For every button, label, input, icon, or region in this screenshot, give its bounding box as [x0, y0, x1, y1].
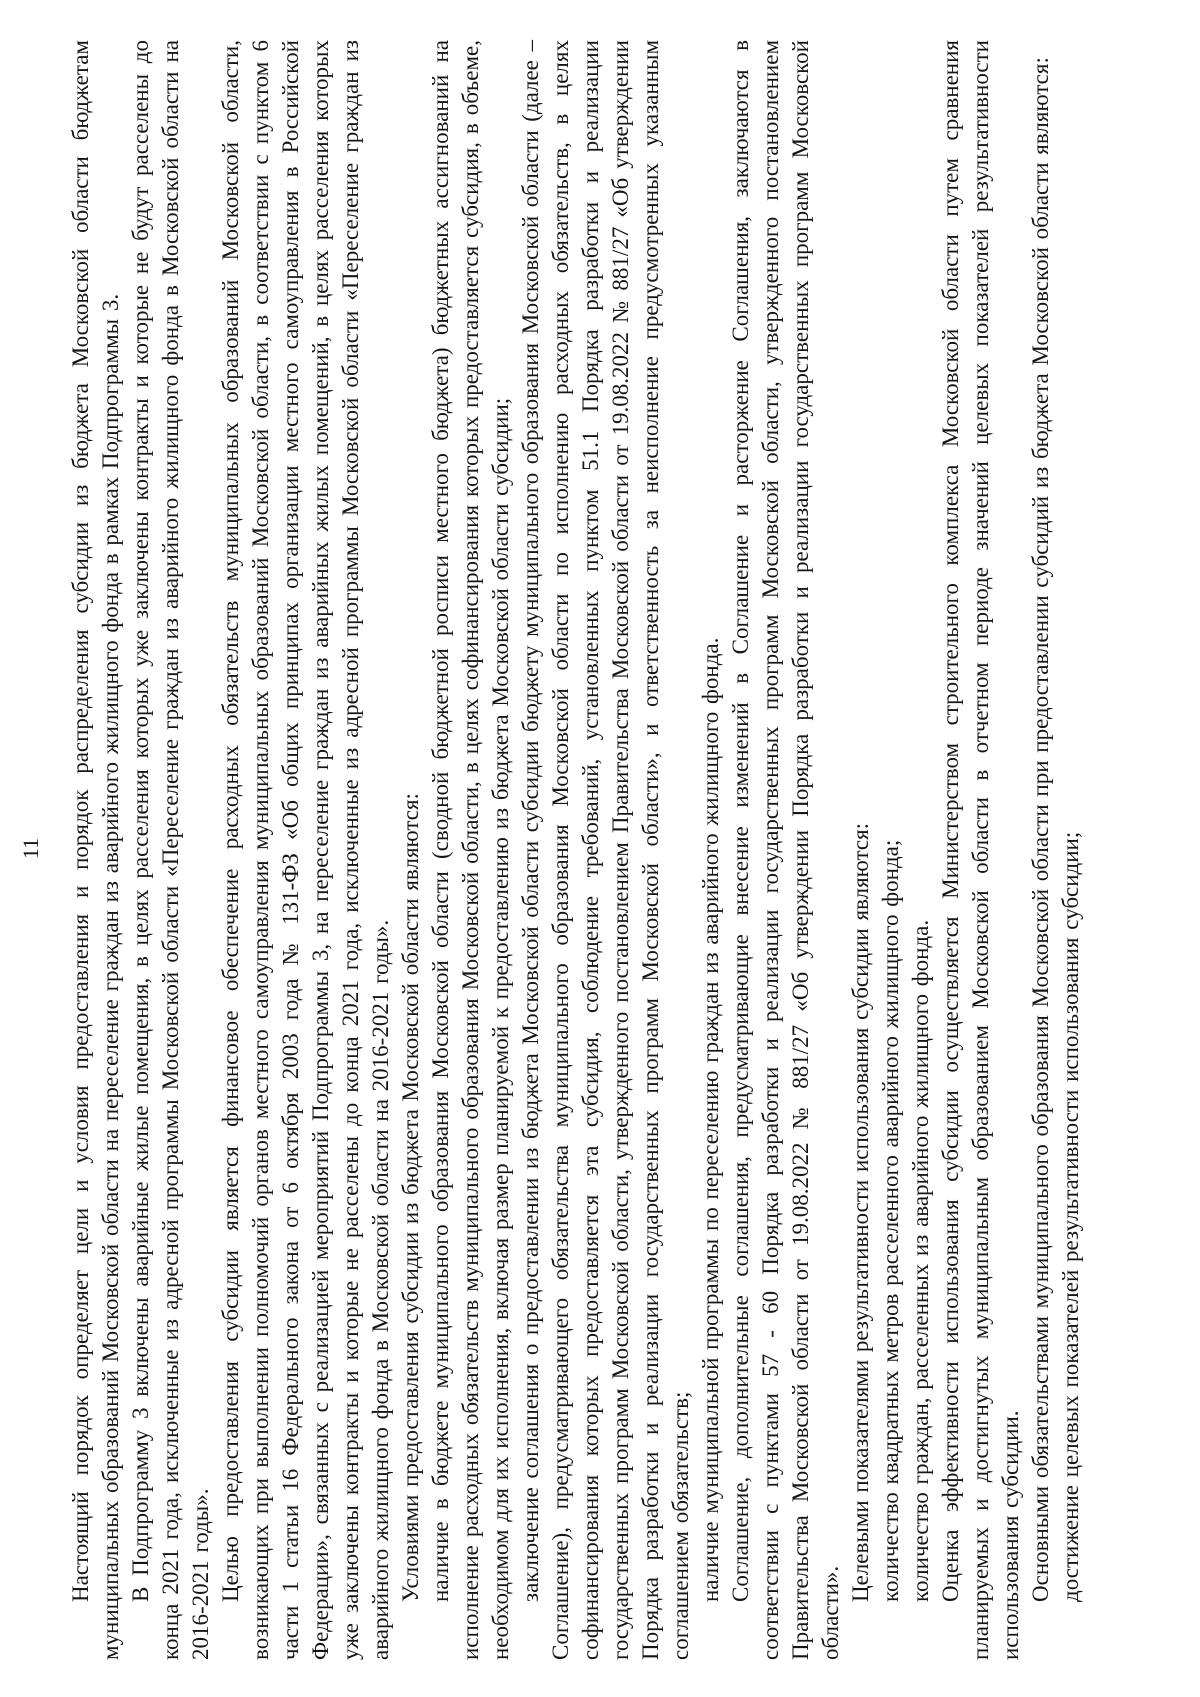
paragraph-8: Соглашение, дополнительные соглашения, п… — [726, 40, 846, 1660]
paragraph-11: количество граждан, расселенных из авари… — [906, 40, 936, 1660]
paragraph-1: Настоящий порядок определяет цели и усло… — [66, 40, 126, 1660]
paragraph-5: наличие в бюджете муниципального образов… — [426, 40, 516, 1660]
document-body: Настоящий порядок определяет цели и усло… — [66, 40, 1086, 1660]
paragraph-6: заключение соглашения о предоставлении и… — [516, 40, 696, 1660]
paragraph-2: В Подпрограмму 3 включены аварийные жилы… — [126, 40, 216, 1660]
paragraph-10: количество квадратных метров расселенног… — [876, 40, 906, 1660]
paragraph-12: Оценка эффективности использования субси… — [936, 40, 1026, 1660]
document-page: 11 Настоящий порядок определяет цели и у… — [0, 0, 1200, 1697]
rotated-document-content: 11 Настоящий порядок определяет цели и у… — [0, 0, 1200, 1697]
paragraph-14: достижение целевых показателей результат… — [1056, 40, 1086, 1660]
page-number: 11 — [18, 0, 44, 1697]
paragraph-7: наличие муниципальной программы по перес… — [696, 40, 726, 1660]
paragraph-9: Целевыми показателями результативности и… — [846, 40, 876, 1660]
paragraph-13: Основными обязательствами муниципального… — [1026, 40, 1056, 1660]
paragraph-4: Условиями предоставления субсидии из бюд… — [396, 40, 426, 1660]
paragraph-3: Целью предоставления субсидии является ф… — [216, 40, 396, 1660]
